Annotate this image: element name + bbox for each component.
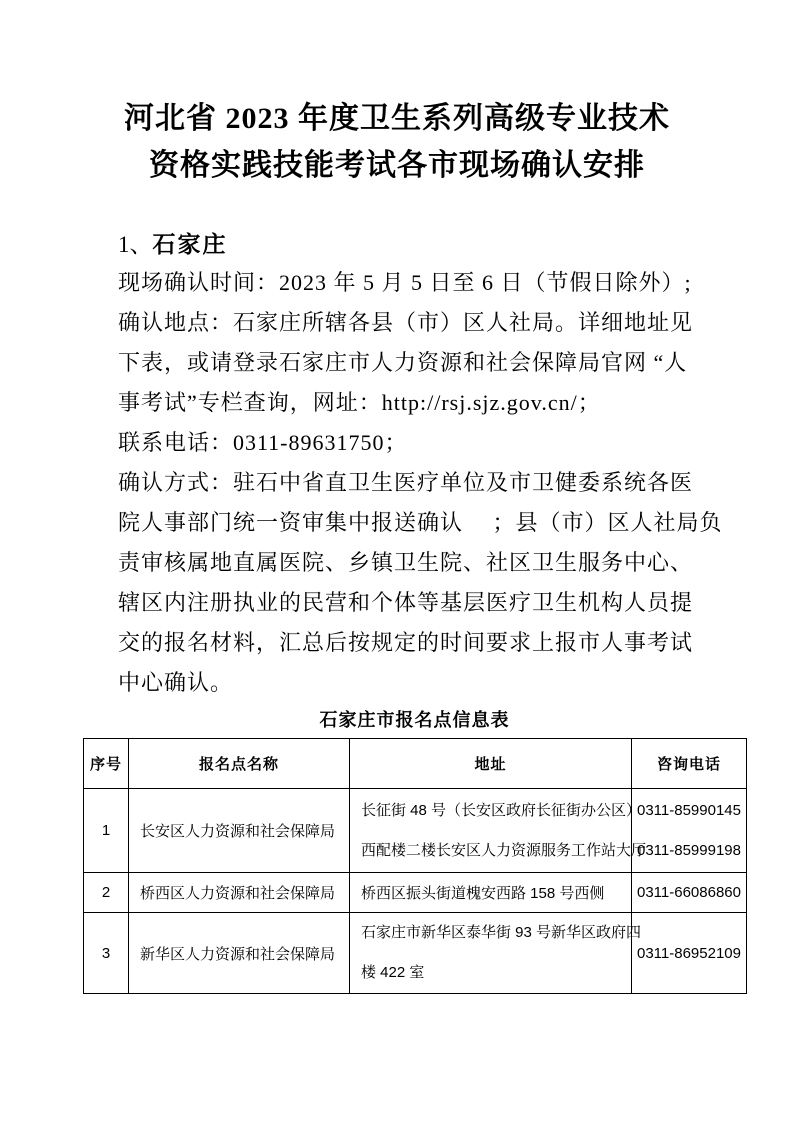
table-row: 3 新华区人力资源和社会保障局 石家庄市新华区泰华街 93 号新华区政府四 楼 … bbox=[84, 913, 747, 994]
cell-address: 长征街 48 号（长安区政府长征街办公区） 西配楼二楼长安区人力资源服务工作站大… bbox=[350, 789, 632, 873]
header-no: 序号 bbox=[84, 739, 129, 789]
table-row: 2 桥西区人力资源和社会保障局 桥西区振头街道槐安西路 158 号西侧 0311… bbox=[84, 873, 747, 913]
phone-line: 0311-85990145 bbox=[632, 791, 746, 831]
cell-phone: 0311-66086860 bbox=[632, 873, 747, 913]
header-address: 地址 bbox=[350, 739, 632, 789]
cell-name: 新华区人力资源和社会保障局 bbox=[129, 913, 350, 994]
document-title: 河北省 2023 年度卫生系列高级专业技术 资格实践技能考试各市现场确认安排 bbox=[0, 0, 794, 189]
address-line: 西配楼二楼长安区人力资源服务工作站大厅 bbox=[361, 831, 627, 871]
body-line: 院人事部门统一资审集中报送确认 ；县（市）区人社局负 bbox=[118, 503, 678, 543]
body-line: 现场确认时间：2023 年 5 月 5 日至 6 日（节假日除外）; bbox=[118, 263, 678, 303]
body-line: 确认地点：石家庄所辖各县（市）区人社局。详细地址见 bbox=[118, 303, 678, 343]
table-row: 1 长安区人力资源和社会保障局 长征街 48 号（长安区政府长征街办公区） 西配… bbox=[84, 789, 747, 873]
table-title: 石家庄市报名点信息表 bbox=[83, 709, 746, 731]
cell-address: 桥西区振头街道槐安西路 158 号西侧 bbox=[350, 873, 632, 913]
cell-address: 石家庄市新华区泰华街 93 号新华区政府四 楼 422 室 bbox=[350, 913, 632, 994]
document-page: 河北省 2023 年度卫生系列高级专业技术 资格实践技能考试各市现场确认安排 1… bbox=[0, 0, 794, 1123]
cell-no: 3 bbox=[84, 913, 129, 994]
body-line-phone: 联系电话：0311-89631750； bbox=[118, 423, 678, 463]
phone-line: 0311-85999198 bbox=[632, 831, 746, 871]
cell-name: 长安区人力资源和社会保障局 bbox=[129, 789, 350, 873]
registration-points-table: 序号 报名点名称 地址 咨询电话 1 长安区人力资源和社会保障局 长征街 48 … bbox=[83, 738, 747, 994]
address-line: 石家庄市新华区泰华街 93 号新华区政府四 bbox=[361, 913, 627, 953]
section-name: 石家庄 bbox=[153, 231, 228, 257]
address-line: 楼 422 室 bbox=[361, 953, 627, 993]
body-line: 下表，或请登录石家庄市人力资源和社会保障局官网 “人 bbox=[118, 343, 678, 383]
body-line-url: 事考试”专栏查询，网址：http://rsj.sjz.gov.cn/； bbox=[118, 383, 678, 423]
section-number: 1、 bbox=[118, 232, 153, 257]
document-title-line-1: 河北省 2023 年度卫生系列高级专业技术 bbox=[0, 95, 794, 142]
cell-phone: 0311-85990145 0311-85999198 bbox=[632, 789, 747, 873]
table-header: 序号 报名点名称 地址 咨询电话 bbox=[84, 739, 747, 789]
body-paragraphs: 现场确认时间：2023 年 5 月 5 日至 6 日（节假日除外）; 确认地点：… bbox=[118, 263, 678, 703]
cell-name: 桥西区人力资源和社会保障局 bbox=[129, 873, 350, 913]
body-line: 中心确认。 bbox=[118, 663, 678, 703]
section-heading: 1、石家庄 bbox=[118, 230, 794, 259]
address-line: 长征街 48 号（长安区政府长征街办公区） bbox=[361, 791, 627, 831]
cell-phone: 0311-86952109 bbox=[632, 913, 747, 994]
table-header-row: 序号 报名点名称 地址 咨询电话 bbox=[84, 739, 747, 789]
body-line: 交的报名材料，汇总后按规定的时间要求上报市人事考试 bbox=[118, 623, 678, 663]
body-line: 确认方式：驻石中省直卫生医疗单位及市卫健委系统各医 bbox=[118, 463, 678, 503]
header-phone: 咨询电话 bbox=[632, 739, 747, 789]
body-line: 责审核属地直属医院、乡镇卫生院、社区卫生服务中心、 bbox=[118, 543, 678, 583]
body-line: 辖区内注册执业的民营和个体等基层医疗卫生机构人员提 bbox=[118, 583, 678, 623]
document-title-line-2: 资格实践技能考试各市现场确认安排 bbox=[0, 142, 794, 189]
header-name: 报名点名称 bbox=[129, 739, 350, 789]
cell-no: 2 bbox=[84, 873, 129, 913]
cell-no: 1 bbox=[84, 789, 129, 873]
